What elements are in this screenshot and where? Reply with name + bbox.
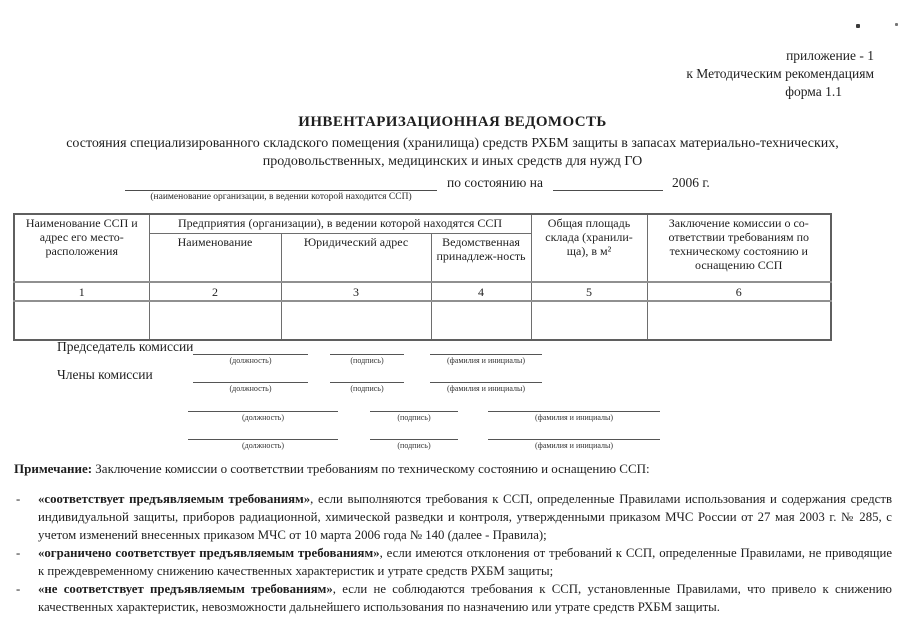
signature-blank-line <box>188 439 338 440</box>
signature-field-signature: (подпись) <box>370 396 458 422</box>
signature-blank-line <box>330 354 404 355</box>
scan-artifact-dot <box>895 23 898 26</box>
note-section: Примечание: Заключение комиссии о соотве… <box>14 461 892 616</box>
signature-blank-line <box>188 411 338 412</box>
scanned-document-page: { "document": { "appendix_line1": "прило… <box>0 0 905 640</box>
date-year: 2006 г. <box>672 175 710 191</box>
scan-artifact-dot <box>856 24 860 28</box>
table-header-departmental-affiliation: Ведомственная принадлеж-ность <box>431 234 531 283</box>
empty-cell <box>431 301 531 340</box>
column-number: 1 <box>14 282 149 301</box>
organization-name-blank <box>125 190 437 191</box>
empty-cell <box>647 301 831 340</box>
appendix-line-1: приложение - 1 <box>624 47 874 65</box>
signature-field-position: (должность) <box>193 339 308 365</box>
document-subtitle-line-2: продовольственных, медицинских и иных ср… <box>0 154 905 170</box>
dash-list-marker: - <box>16 544 20 562</box>
signature-field-fullname: (фамилия и инициалы) <box>488 396 660 422</box>
column-number: 3 <box>281 282 431 301</box>
dash-list-marker: - <box>16 490 20 508</box>
empty-cell <box>531 301 647 340</box>
signature-field-fullname: (фамилия и инициалы) <box>430 367 542 393</box>
field-caption: (должность) <box>193 384 308 393</box>
empty-cell <box>14 301 149 340</box>
signature-blank-line <box>488 411 660 412</box>
appendix-form-number: форма 1.1 <box>624 83 874 101</box>
date-line-text: по состоянию на <box>447 175 543 191</box>
signature-field-position: (должность) <box>188 424 338 450</box>
members-label: Члены комиссии <box>57 367 153 383</box>
table-header-legal-address: Юридический адрес <box>281 234 431 283</box>
note-item-term: «соответствует предъявляемым требованиям… <box>38 492 310 506</box>
empty-cell <box>149 301 281 340</box>
signature-field-fullname: (фамилия и инициалы) <box>430 339 542 365</box>
note-item-term: «ограничено соответствует предъявляемым … <box>38 546 380 560</box>
dash-list-marker: - <box>16 580 20 598</box>
field-caption: (фамилия и инициалы) <box>430 384 542 393</box>
signature-blank-line <box>193 354 308 355</box>
signature-blank-line <box>488 439 660 440</box>
column-number-row: 1 2 3 4 5 6 <box>14 282 831 301</box>
field-caption: (подпись) <box>330 384 404 393</box>
field-caption: (фамилия и инициалы) <box>488 413 660 422</box>
empty-cell <box>281 301 431 340</box>
document-subtitle-line-1: состояния специализированного складского… <box>0 136 905 152</box>
field-caption: (фамилия и инициалы) <box>430 356 542 365</box>
empty-data-row <box>14 301 831 340</box>
table-header-name: Наименование <box>149 234 281 283</box>
signature-field-signature: (подпись) <box>330 367 404 393</box>
field-caption: (должность) <box>193 356 308 365</box>
signature-field-position: (должность) <box>188 396 338 422</box>
appendix-line-2: к Методическим рекомендациям <box>624 65 874 83</box>
signature-blank-line <box>430 354 542 355</box>
table-header-total-area: Общая площадь склада (хранили-ща), в м² <box>531 214 647 282</box>
field-caption: (фамилия и инициалы) <box>488 441 660 450</box>
note-item-complies: - «соответствует предъявляемым требовани… <box>14 490 892 544</box>
note-intro-text: Заключение комиссии о соответствии требо… <box>95 461 649 476</box>
signature-row-member: (должность) (подпись) (фамилия и инициал… <box>0 396 905 422</box>
chairman-label: Председатель комиссии <box>57 339 193 355</box>
field-caption: (подпись) <box>330 356 404 365</box>
signature-blank-line <box>330 382 404 383</box>
date-blank <box>553 190 663 191</box>
note-label: Примечание: <box>14 461 92 476</box>
document-title: ИНВЕНТАРИЗАЦИОННАЯ ВЕДОМОСТЬ <box>0 114 905 131</box>
signature-row-member: (должность) (подпись) (фамилия и инициал… <box>0 424 905 450</box>
signature-blank-line <box>370 439 458 440</box>
signature-field-signature: (подпись) <box>330 339 404 365</box>
date-line: по состоянию на 2006 г. <box>0 175 905 193</box>
inventory-table: Наименование ССП и адрес его место-распо… <box>13 213 832 341</box>
table-header-enterprises-group: Предприятия (организации), в ведении кот… <box>149 214 531 234</box>
signature-field-fullname: (фамилия и инициалы) <box>488 424 660 450</box>
signature-field-signature: (подпись) <box>370 424 458 450</box>
field-caption: (подпись) <box>370 413 458 422</box>
appendix-block: приложение - 1 к Методическим рекомендац… <box>624 47 874 101</box>
organization-caption: (наименование организации, в ведении кот… <box>125 192 437 202</box>
field-caption: (должность) <box>188 441 338 450</box>
signature-blank-line <box>430 382 542 383</box>
column-number: 5 <box>531 282 647 301</box>
note-item-limited-complies: - «ограничено соответствует предъявляемы… <box>14 544 892 580</box>
signature-blank-line <box>370 411 458 412</box>
field-caption: (подпись) <box>370 441 458 450</box>
note-item-not-complies: - «не соответствует предъявляемым требов… <box>14 580 892 616</box>
signature-blank-line <box>193 382 308 383</box>
signature-row-chairman: Председатель комиссии (должность) (подпи… <box>0 339 905 365</box>
field-caption: (должность) <box>188 413 338 422</box>
table-header-ssp-name: Наименование ССП и адрес его место-распо… <box>14 214 149 282</box>
column-number: 2 <box>149 282 281 301</box>
column-number: 4 <box>431 282 531 301</box>
signature-row-member: Члены комиссии (должность) (подпись) (фа… <box>0 367 905 393</box>
column-number: 6 <box>647 282 831 301</box>
signature-field-position: (должность) <box>193 367 308 393</box>
table-header-commission-conclusion: Заключение комиссии о со-ответствии треб… <box>647 214 831 282</box>
note-intro: Примечание: Заключение комиссии о соотве… <box>14 461 892 477</box>
note-item-term: «не соответствует предъявляемым требован… <box>38 582 333 596</box>
